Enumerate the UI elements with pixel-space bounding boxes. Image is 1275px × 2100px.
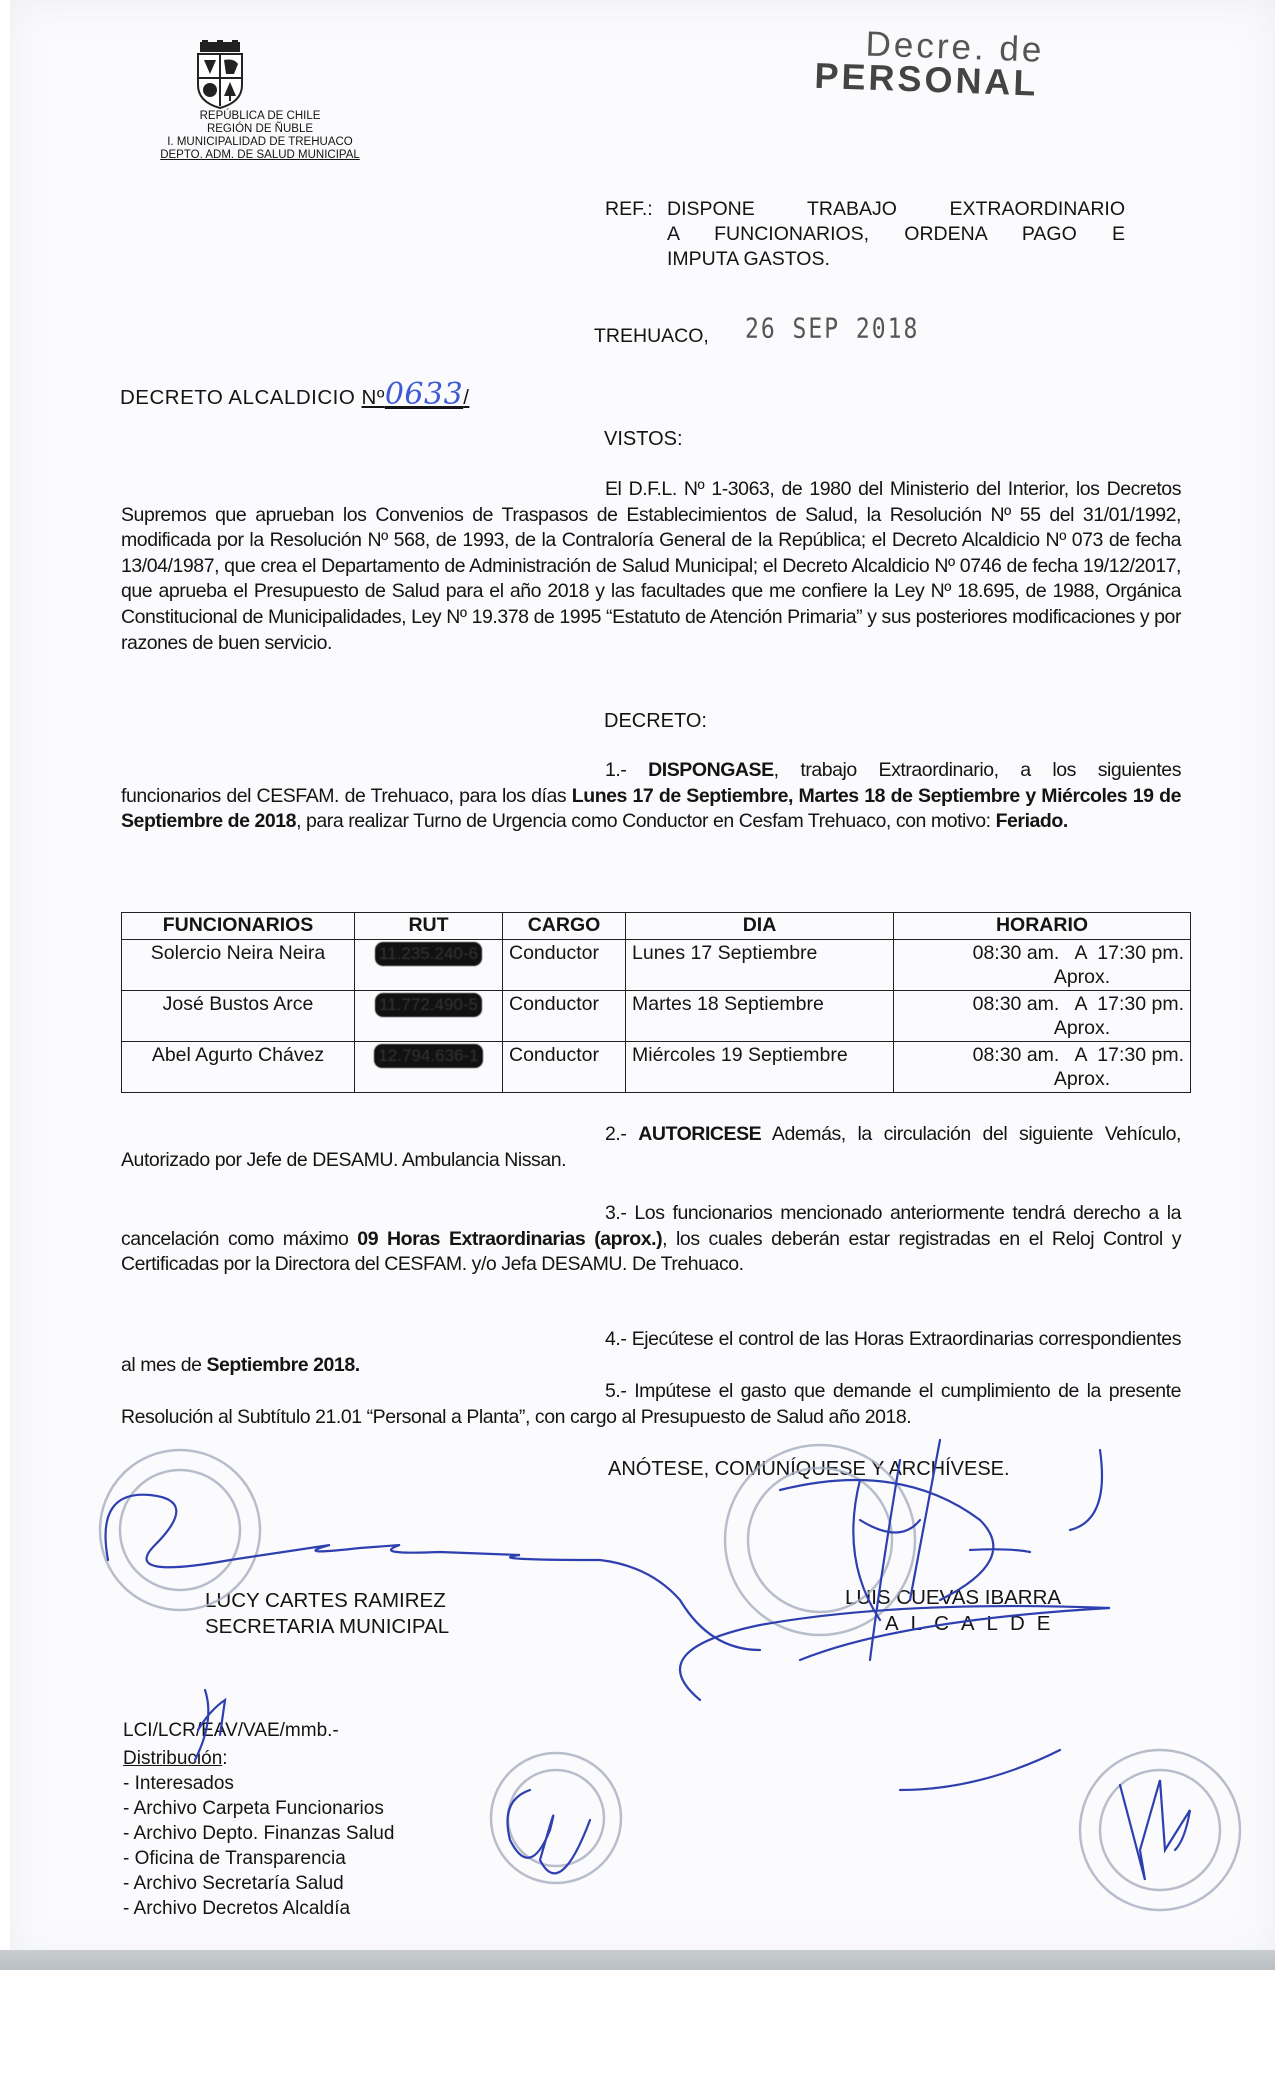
scan-edge [0, 1950, 1275, 1970]
vistos-heading: VISTOS: [604, 428, 683, 451]
cell-aprox: Aprox. [900, 1067, 1184, 1091]
reference-block: REF.:DISPONE TRABAJO EXTRAORDINARIO A FU… [605, 197, 1125, 272]
cell-dia: Miércoles 19 Septiembre [626, 1042, 894, 1093]
letterhead-line: REPÚBLICA DE CHILE [120, 110, 400, 123]
item-number: 3.- [605, 1202, 626, 1224]
distribution-item: - Archivo Carpeta Funcionarios [123, 1796, 394, 1821]
cell-rut-redacted: 11.772.490-5 [375, 993, 482, 1017]
item-3: 3.- Los funcionarios mencionado anterior… [121, 1201, 1181, 1278]
col-header: RUT [355, 913, 503, 940]
col-header: FUNCIONARIOS [122, 913, 355, 940]
vistos-text: El D.F.L. Nº 1-3063, de 1980 del Ministe… [121, 477, 1181, 656]
distribution-item: - Archivo Depto. Finanzas Salud [123, 1821, 394, 1846]
distribution-heading: Distribución [123, 1748, 222, 1769]
signatory-title: SECRETARIA MUNICIPAL [205, 1614, 449, 1640]
personnel-stamp: Decre. de PERSONAL [814, 23, 1116, 107]
decree-handwritten-number: 0633 [385, 377, 463, 412]
distribution-item: - Interesados [123, 1771, 394, 1796]
decree-label: DECRETO ALCALDICIO [120, 386, 355, 409]
decree-suffix: / [463, 386, 469, 409]
item-2: 2.- AUTORICESE Además, la circulación de… [121, 1122, 1181, 1173]
item-bold: DISPONGASE [648, 759, 774, 781]
col-header: CARGO [503, 913, 626, 940]
signatory-name: LUIS CUEVAS IBARRA [845, 1585, 1062, 1611]
ref-line: A FUNCIONARIOS, ORDENA PAGO E [667, 222, 1125, 247]
staff-table: FUNCIONARIOS RUT CARGO DIA HORARIO Soler… [121, 912, 1191, 1093]
letterhead-line: DEPTO. ADM. DE SALUD MUNICIPAL [120, 149, 400, 162]
item-number: 5.- [605, 1380, 626, 1402]
place: TREHUACO, [594, 325, 709, 348]
cell-horario: 08:30 am. A 17:30 pm. [900, 992, 1184, 1016]
table-row: José Bustos Arce 11.772.490-5 Conductor … [122, 991, 1191, 1042]
letterhead-line: I. MUNICIPALIDAD DE TREHUACO [120, 136, 400, 149]
item-text: Impútese el gasto que demande el cumplim… [121, 1380, 1181, 1428]
distribution-item: - Oficina de Transparencia [123, 1846, 394, 1871]
item-bold: AUTORICESE [638, 1123, 761, 1145]
decree-number: DECRETO ALCALDICIO Nº0633/ [120, 377, 469, 412]
letterhead-line: REGIÓN DE ÑUBLE [120, 123, 400, 136]
cell-cargo: Conductor [503, 1042, 626, 1093]
ref-label: REF.: [605, 197, 667, 222]
cell-horario: 08:30 am. A 17:30 pm. [900, 941, 1184, 965]
date-stamp: 26 SEP 2018 [745, 313, 919, 344]
table-row: Abel Agurto Chávez 12.794.636-1 Conducto… [122, 1042, 1191, 1093]
cell-horario: 08:30 am. A 17:30 pm. [900, 1043, 1184, 1067]
item-number: 2.- [605, 1123, 626, 1145]
col-header: HORARIO [894, 913, 1191, 940]
signatory-title: ALCALDE [885, 1611, 1062, 1637]
col-header: DIA [626, 913, 894, 940]
table-header-row: FUNCIONARIOS RUT CARGO DIA HORARIO [122, 913, 1191, 940]
signatory-right: LUIS CUEVAS IBARRA ALCALDE [845, 1585, 1062, 1637]
ref-line: DISPONE TRABAJO EXTRAORDINARIO [667, 197, 1125, 222]
cell-rut-redacted: 12.794.636-1 [374, 1044, 482, 1068]
cell-name: José Bustos Arce [122, 991, 355, 1042]
cell-dia: Lunes 17 Septiembre [626, 940, 894, 991]
distribution-item: - Archivo Secretaría Salud [123, 1871, 394, 1896]
closing-formula: ANÓTESE, COMUNÍQUESE Y ARCHÍVESE. [608, 1458, 1010, 1481]
item-1: 1.- DISPONGASE, trabajo Extraordinario, … [121, 758, 1181, 835]
cell-aprox: Aprox. [900, 1016, 1184, 1040]
letterhead: REPÚBLICA DE CHILE REGIÓN DE ÑUBLE I. MU… [120, 110, 400, 162]
signatory-name: LUCY CARTES RAMIREZ [205, 1588, 449, 1614]
ref-line: IMPUTA GASTOS. [667, 247, 830, 272]
cell-cargo: Conductor [503, 940, 626, 991]
cell-dia: Martes 18 Septiembre [626, 991, 894, 1042]
initials: LCI/LCR/EAV/VAE/mmb.- [123, 1720, 339, 1742]
item-5: 5.- Impútese el gasto que demande el cum… [121, 1379, 1181, 1430]
item-bold: Septiembre 2018. [206, 1354, 359, 1376]
cell-cargo: Conductor [503, 991, 626, 1042]
item-text: , para realizar Turno de Urgencia como C… [296, 810, 996, 832]
cell-name: Abel Agurto Chávez [122, 1042, 355, 1093]
distribution-item: - Archivo Decretos Alcaldía [123, 1896, 394, 1921]
item-bold: Feriado. [996, 810, 1068, 832]
cell-name: Solercio Neira Neira [122, 940, 355, 991]
item-number: 1.- [605, 759, 626, 781]
cell-aprox: Aprox. [900, 965, 1184, 989]
item-bold: 09 Horas Extraordinarias (aprox.) [357, 1228, 662, 1250]
item-4: 4.- Ejecútese el control de las Horas Ex… [121, 1327, 1181, 1378]
signatory-left: LUCY CARTES RAMIREZ SECRETARIA MUNICIPAL [205, 1588, 449, 1640]
item-number: 4.- [605, 1328, 626, 1350]
decree-no-label: Nº [362, 386, 385, 409]
distribution-list: Distribución: - Interesados - Archivo Ca… [123, 1746, 394, 1921]
cell-rut-redacted: 11.235.240-6 [375, 942, 482, 966]
coat-of-arms-icon [190, 40, 250, 110]
decreto-heading: DECRETO: [604, 710, 707, 733]
table-row: Solercio Neira Neira 11.235.240-6 Conduc… [122, 940, 1191, 991]
